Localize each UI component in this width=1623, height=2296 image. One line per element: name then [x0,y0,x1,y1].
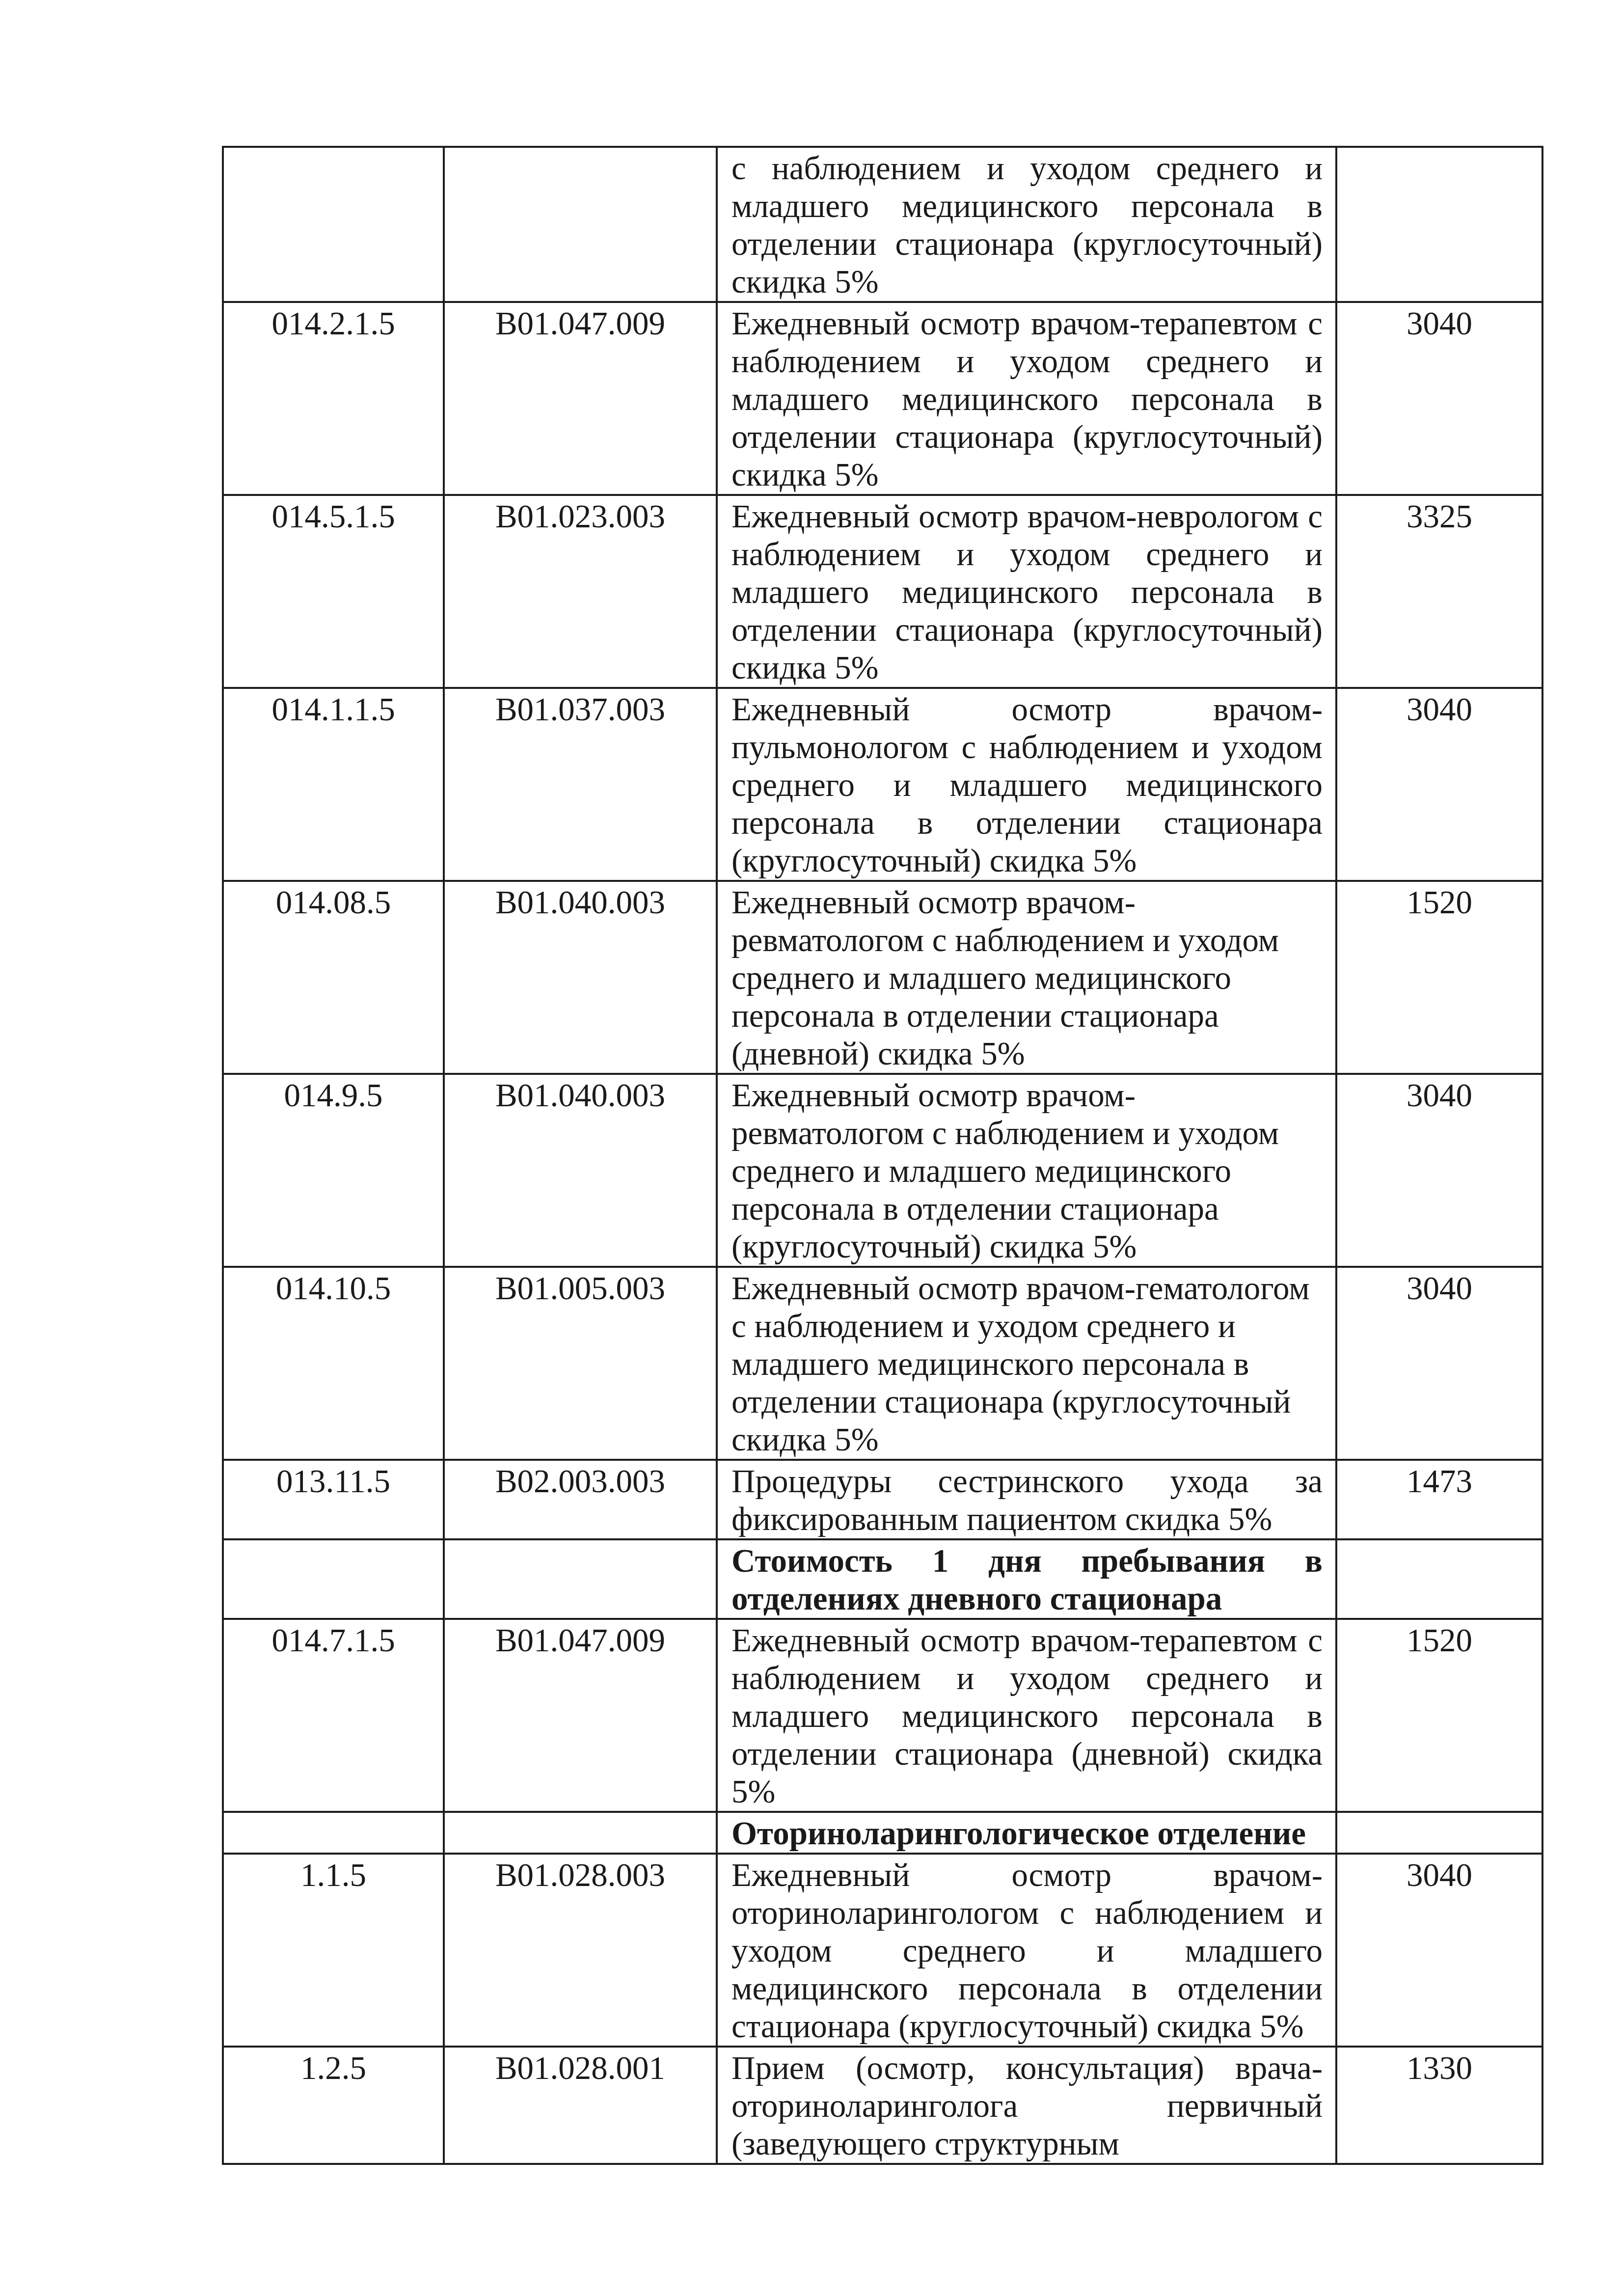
nmu-code: B01.040.003 [495,884,665,921]
service-code: 014.08.5 [276,884,391,921]
price-value: 1473 [1407,1463,1472,1500]
service-name: Ежедневный осмотр врачом-терапевтом с на… [731,305,1323,494]
table-row: 014.1.1.5 B01.037.003 Ежедневный осмотр … [223,688,1542,881]
table-row: 014.08.5 B01.040.003 Ежедневный осмотр в… [223,881,1542,1074]
price-cell: 3040 [1336,688,1542,881]
table-row: 1.2.5 B01.028.001 Прием (осмотр, консуль… [223,2047,1542,2164]
table-row: с наблюдением и уходом среднего и младше… [223,147,1542,302]
service-name: Ежедневный осмотр врачом-гематологом с н… [731,1270,1323,1459]
table-body: с наблюдением и уходом среднего и младше… [223,147,1542,2164]
nmu-code-cell: B01.047.009 [444,1619,717,1812]
price-value: 3040 [1407,1077,1472,1114]
price-cell: 3040 [1336,1854,1542,2047]
nmu-code-cell: B01.023.003 [444,495,717,688]
nmu-code-cell: B01.005.003 [444,1267,717,1460]
price-cell: 1520 [1336,881,1542,1074]
section-heading-cell: Стоимость 1 дня пребывания в отделениях … [717,1539,1336,1619]
price-cell: 3040 [1336,1074,1542,1267]
nmu-code-cell: B01.040.003 [444,881,717,1074]
service-code-cell: 014.10.5 [223,1267,444,1460]
price-value: 1330 [1407,2050,1472,2086]
price-value: 3040 [1407,691,1472,728]
service-code-cell: 014.1.1.5 [223,688,444,881]
price-cell: 1473 [1336,1460,1542,1539]
nmu-code-cell [444,147,717,302]
section-heading-row: Оториноларингологическое отделение [223,1812,1542,1854]
service-name: Ежедневный осмотр врачом-пульмонологом с… [731,691,1323,880]
service-name-cell: Ежедневный осмотр врачом-пульмонологом с… [717,688,1336,881]
service-name-cell: Ежедневный осмотр врачом-ревматологом с … [717,881,1336,1074]
service-code-cell: 013.11.5 [223,1460,444,1539]
nmu-code: B01.023.003 [495,498,665,535]
nmu-code-cell: B01.040.003 [444,1074,717,1267]
nmu-code: B01.028.003 [495,1857,665,1893]
service-name: Прием (осмотр, консультация) врача-отори… [731,2050,1323,2163]
service-name: Ежедневный осмотр врачом-ревматологом с … [731,884,1323,1073]
service-name-cell: Ежедневный осмотр врачом-ревматологом с … [717,1074,1336,1267]
table-row: 014.10.5 B01.005.003 Ежедневный осмотр в… [223,1267,1542,1460]
nmu-code: B01.047.009 [495,1622,665,1659]
price-cell [1336,1539,1542,1619]
nmu-code-cell: B02.003.003 [444,1460,717,1539]
service-code: 014.5.1.5 [271,498,395,535]
service-name: Ежедневный осмотр врачом-ревматологом с … [731,1077,1323,1266]
service-name: с наблюдением и уходом среднего и младше… [731,150,1323,301]
service-code-cell [223,147,444,302]
service-code: 014.2.1.5 [271,305,395,342]
service-code-cell [223,1812,444,1854]
nmu-code-cell: B01.028.001 [444,2047,717,2164]
price-value: 3325 [1407,498,1472,535]
service-code: 013.11.5 [276,1463,390,1500]
section-heading-cell: Оториноларингологическое отделение [717,1812,1336,1854]
service-code-cell: 014.7.1.5 [223,1619,444,1812]
table-row: 014.5.1.5 B01.023.003 Ежедневный осмотр … [223,495,1542,688]
price-cell: 3040 [1336,1267,1542,1460]
service-name-cell: Ежедневный осмотр врачом-гематологом с н… [717,1267,1336,1460]
nmu-code: B02.003.003 [495,1463,665,1500]
service-code-cell: 014.2.1.5 [223,302,444,495]
nmu-code-cell: B01.047.009 [444,302,717,495]
service-code: 014.10.5 [276,1270,391,1307]
service-name-cell: Ежедневный осмотр врачом-неврологом с на… [717,495,1336,688]
nmu-code: B01.028.001 [495,2050,665,2086]
nmu-code-cell [444,1812,717,1854]
service-name-cell: Ежедневный осмотр врачом-терапевтом с на… [717,1619,1336,1812]
service-name: Ежедневный осмотр врачом-неврологом с на… [731,498,1323,687]
table-row: 014.2.1.5 B01.047.009 Ежедневный осмотр … [223,302,1542,495]
table-row: 014.7.1.5 B01.047.009 Ежедневный осмотр … [223,1619,1542,1812]
service-name: Стоимость 1 дня пребывания в отделениях … [731,1542,1323,1618]
price-value: 3040 [1407,1857,1472,1893]
service-code-cell: 014.08.5 [223,881,444,1074]
service-code: 1.2.5 [300,2050,366,2086]
service-code-cell: 1.2.5 [223,2047,444,2164]
service-code: 1.1.5 [300,1857,366,1893]
nmu-code: B01.040.003 [495,1077,665,1114]
nmu-code: B01.037.003 [495,691,665,728]
service-name-cell: Ежедневный осмотр врачом-оториноларингол… [717,1854,1336,2047]
service-code: 014.7.1.5 [271,1622,395,1659]
table-row: 1.1.5 B01.028.003 Ежедневный осмотр врач… [223,1854,1542,2047]
price-value: 3040 [1407,305,1472,342]
nmu-code-cell: B01.037.003 [444,688,717,881]
price-cell: 1520 [1336,1619,1542,1812]
price-value: 1520 [1407,1622,1472,1659]
service-name: Ежедневный осмотр врачом-терапевтом с на… [731,1622,1323,1811]
nmu-code-cell: B01.028.003 [444,1854,717,2047]
service-name-cell: Прием (осмотр, консультация) врача-отори… [717,2047,1336,2164]
nmu-code: B01.005.003 [495,1270,665,1307]
price-table: с наблюдением и уходом среднего и младше… [222,146,1543,2165]
service-name: Оториноларингологическое отделение [731,1815,1323,1853]
nmu-code-cell [444,1539,717,1619]
service-name-cell: с наблюдением и уходом среднего и младше… [717,147,1336,302]
price-value: 3040 [1407,1270,1472,1307]
service-name-cell: Ежедневный осмотр врачом-терапевтом с на… [717,302,1336,495]
price-cell [1336,1812,1542,1854]
service-name: Ежедневный осмотр врачом-оториноларингол… [731,1857,1323,2046]
nmu-code: B01.047.009 [495,305,665,342]
price-cell [1336,147,1542,302]
table-row: 014.9.5 B01.040.003 Ежедневный осмотр вр… [223,1074,1542,1267]
service-code-cell [223,1539,444,1619]
section-heading-row: Стоимость 1 дня пребывания в отделениях … [223,1539,1542,1619]
service-code: 014.1.1.5 [271,691,395,728]
price-value: 1520 [1407,884,1472,921]
service-name: Процедуры сестринского ухода за фиксиров… [731,1463,1323,1538]
service-name-cell: Процедуры сестринского ухода за фиксиров… [717,1460,1336,1539]
table-row: 013.11.5 B02.003.003 Процедуры сестринск… [223,1460,1542,1539]
price-cell: 3040 [1336,302,1542,495]
service-code: 014.9.5 [284,1077,383,1114]
service-code-cell: 014.5.1.5 [223,495,444,688]
service-code-cell: 014.9.5 [223,1074,444,1267]
price-cell: 1330 [1336,2047,1542,2164]
service-code-cell: 1.1.5 [223,1854,444,2047]
price-cell: 3325 [1336,495,1542,688]
